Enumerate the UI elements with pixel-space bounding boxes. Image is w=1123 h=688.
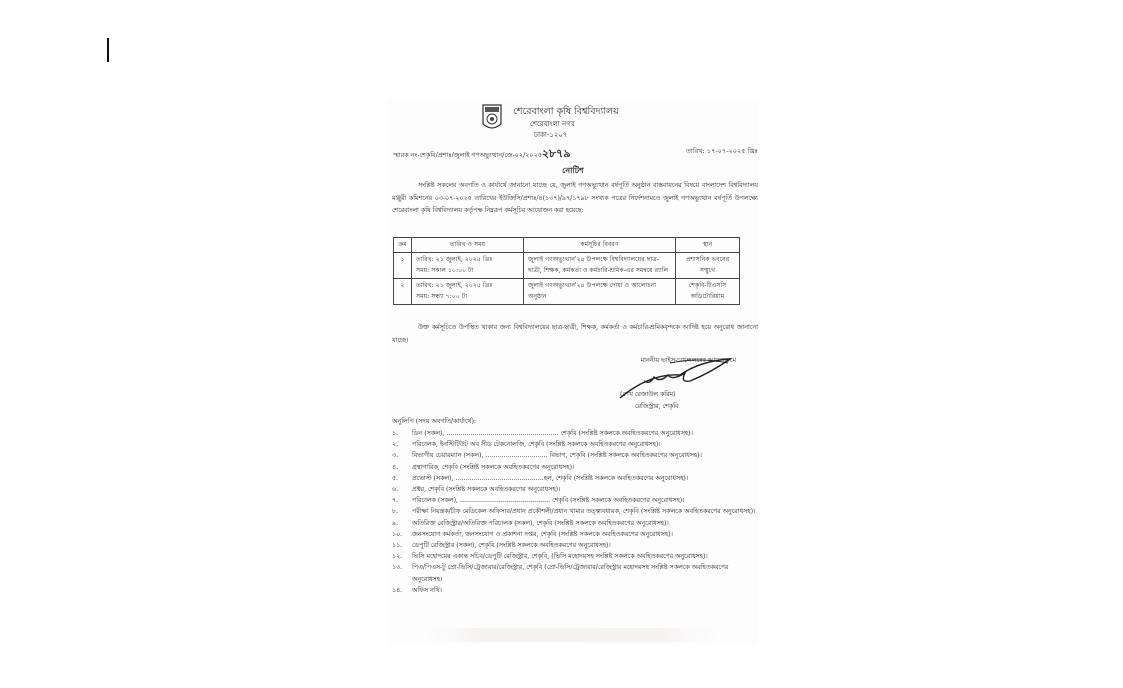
row-description: জুলাই গণঅভ্যুত্থান'২৪ উপলক্ষে বিশ্ববিদ্য… (524, 252, 676, 278)
row-date: তারিখ: ২১ জুলাই, ২০২৫ খ্রিঃ (416, 280, 519, 292)
memo-number: স্মারক নং-শেকৃবি/প্রশাঃ/জুলাই গণঅভ্যুত্থ… (393, 145, 570, 164)
row-date: তারিখ: ২১ জুলাই, ২০২৫ খ্রিঃ (416, 254, 519, 266)
row-serial: ১ (394, 252, 412, 278)
list-item: ১১.ডেপুটি রেজিস্ট্রার (সকল), শেকৃবি (সংশ… (392, 540, 758, 551)
scanned-notice-document: শেরেবাংলা কৃষি বিশ্ববিদ্যালয় শেরেবাংলা … (388, 100, 758, 645)
table-row: ২ তারিখ: ২১ জুলাই, ২০২৫ খ্রিঃ সময়: সন্ধ… (394, 278, 740, 304)
col-venue: স্থান (676, 238, 740, 253)
row-description: জুলাই গণঅভ্যুত্থান'২৪ উপলক্ষে দোয়া ও আল… (524, 278, 676, 304)
list-item: ৯.অতিরিক্ত রেজিস্ট্রার/অতিরিক্ত পরিচালক … (392, 518, 758, 529)
list-item: ৫.প্রভোস্ট (সকল), ......................… (392, 473, 758, 484)
row-date-time: তারিখ: ২১ জুলাই, ২০২৫ খ্রিঃ সময়: সন্ধ্য… (412, 278, 524, 304)
list-item: ১.ডিন (সকল), ...........................… (392, 428, 758, 439)
col-serial: ক্রম (394, 238, 412, 253)
list-item: ১৩.পিএ/পিএস-টু প্রো-ভিসি/ট্রেজারার/রেজিস… (392, 562, 758, 584)
col-description: কর্মসূচির বিবরণ (524, 238, 676, 253)
program-table: ক্রম তারিখ ও সময় কর্মসূচির বিবরণ স্থান … (393, 237, 740, 305)
university-seal-icon (482, 104, 502, 132)
row-venue: প্রশাসনিক ভবনের সম্মুখে (676, 252, 740, 278)
signatory-designation: রেজিস্ট্রার, শেকৃবি (635, 401, 679, 412)
list-item: ১০.জনসংযোগ কর্মকর্তা, জনসংযোগ ও প্রকাশনা… (392, 529, 758, 540)
list-item: ২.পরিচালক, ইনস্টিটিউট অব সীড টেকনোলজি, শ… (392, 439, 758, 450)
signatory-name: (শেখ রেজাউল করিম) (620, 389, 676, 400)
row-time: সময়: সকাল ১০:০০ টা (416, 265, 519, 277)
memo-handwritten-number: ২৮৭৯ (542, 147, 571, 160)
notice-intro-paragraph: সংশ্লিষ্ট সকলের অবগতি ও কার্যার্থে জানান… (392, 180, 758, 218)
list-item: ৩.বিভাগীয় চেয়ারম্যান (সকল), ..........… (392, 450, 758, 461)
table-row: ১ তারিখ: ২১ জুলাই, ২০২৫ খ্রিঃ সময়: সকাল… (394, 252, 740, 278)
closing-paragraph: উক্ত কর্মসূচিতে উপস্থিত থাকার জন্য বিশ্ব… (392, 322, 758, 347)
list-item: ৮.পরীক্ষা নিয়ন্ত্রক/চীফ মেডিকেল অফিসার/… (392, 506, 758, 517)
memo-number-text: স্মারক নং-শেকৃবি/প্রশাঃ/জুলাই গণঅভ্যুত্থ… (393, 151, 542, 159)
text-caret-icon (107, 38, 109, 62)
copy-to-list: ১.ডিন (সকল), ...........................… (392, 428, 758, 596)
list-item: ৪.গ্রন্থাগারিক, শেকৃবি (সংশ্লিষ্ট সকলকে … (392, 462, 758, 473)
col-date-time: তারিখ ও সময় (412, 238, 524, 253)
university-city: ঢাকা-১২০৭ (534, 129, 567, 141)
list-item: ১২.ভিসি মহোদয়ের একান্ত সচিব/ডেপুটি রেজি… (392, 551, 758, 562)
list-item: ১৪.অফিস নথি। (392, 585, 758, 596)
list-item: ৬.প্রক্টর, শেকৃবি (সংশ্লিষ্ট সকলকে অবহিত… (392, 484, 758, 495)
row-venue: শেকৃবি-টিএসসি অডিটোরিয়াম (676, 278, 740, 304)
notice-date: তারিখ: ১৭-০৭-২০২৫ খ্রিঃ (686, 145, 758, 157)
list-item: ৭.পরিচালক (সকল), .......................… (392, 495, 758, 506)
row-time: সময়: সন্ধ্যা ৭:০০ টা (416, 291, 519, 303)
program-table-header: ক্রম তারিখ ও সময় কর্মসূচির বিবরণ স্থান (394, 238, 740, 253)
scan-smudge (428, 628, 718, 642)
copy-to-title: অনুলিপি (সদয় অবগতি/কার্যার্থে): (392, 416, 476, 427)
row-serial: ২ (394, 278, 412, 304)
row-date-time: তারিখ: ২১ জুলাই, ২০২৫ খ্রিঃ সময়: সকাল ১… (412, 252, 524, 278)
notice-title: নোটিশ (388, 165, 758, 178)
